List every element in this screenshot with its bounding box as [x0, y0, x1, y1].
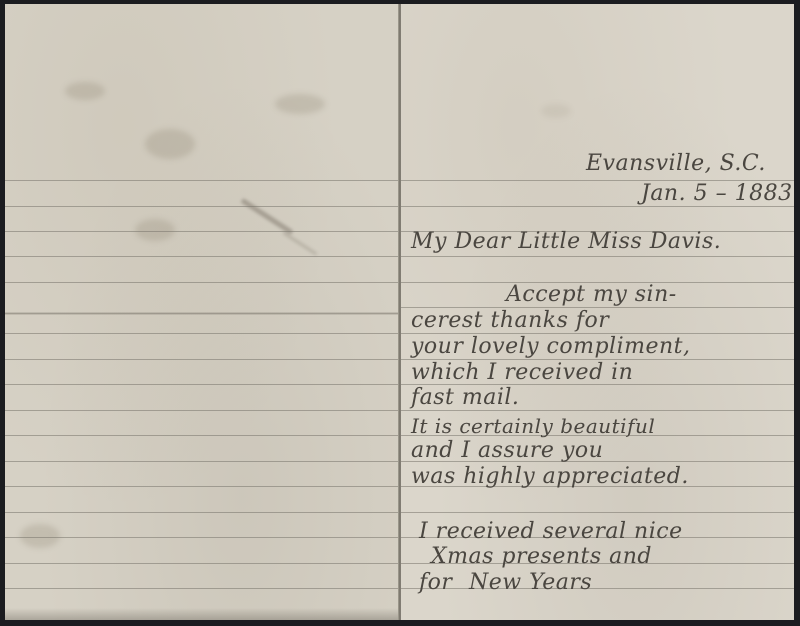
ruled-line	[401, 256, 794, 257]
ruled-line	[5, 461, 400, 462]
stain	[135, 219, 175, 241]
stain-streak	[282, 231, 317, 255]
stain-streak	[240, 198, 293, 235]
letter-line: cerest thanks for	[411, 308, 609, 333]
letter-line: your lovely compliment,	[411, 334, 691, 359]
ruled-line	[5, 486, 400, 487]
stain	[275, 94, 325, 114]
stain	[65, 82, 105, 100]
letter-line: which I received in	[411, 360, 633, 385]
letter-place: Evansville, S.C.	[586, 151, 766, 176]
letter-line: Accept my sin-	[506, 282, 677, 307]
ruled-line	[5, 333, 400, 334]
letter-line: Xmas presents and	[431, 544, 652, 569]
ruled-line	[5, 410, 400, 411]
ruled-line	[5, 231, 400, 232]
stain	[145, 129, 195, 159]
letter-sheet: Evansville, S.C. Jan. 5 – 1883 My Dear L…	[5, 4, 794, 620]
ruled-line	[401, 206, 794, 207]
ruled-line	[5, 384, 400, 385]
ruled-line	[401, 410, 794, 411]
letter-salutation: My Dear Little Miss Davis.	[411, 229, 721, 254]
letter-line-prefix: for	[419, 570, 452, 595]
ruled-line	[5, 359, 400, 360]
ruled-line	[401, 588, 794, 589]
letter-line: and I assure you	[411, 438, 603, 463]
bottom-shadow	[5, 608, 400, 620]
ruled-line	[5, 256, 400, 257]
letter-date: Jan. 5 – 1883	[641, 181, 793, 206]
ruled-line	[401, 512, 794, 513]
horizontal-fold	[5, 312, 400, 315]
letter-line: It is certainly beautiful	[411, 414, 655, 438]
ruled-line	[5, 435, 400, 436]
ruled-line	[5, 537, 400, 538]
ruled-line	[5, 588, 400, 589]
stain	[20, 524, 60, 548]
ruled-line	[5, 282, 400, 283]
letter-line: I received several nice	[419, 519, 683, 544]
ruled-line	[5, 563, 400, 564]
letter-line: New Years	[469, 570, 592, 595]
ruled-line	[5, 180, 400, 181]
ruled-line	[5, 206, 400, 207]
letter-line: was highly appreciated.	[411, 464, 689, 489]
letter-line: fast mail.	[411, 385, 519, 410]
left-page-blank	[5, 4, 400, 620]
ruled-line	[5, 512, 400, 513]
stain	[541, 104, 571, 118]
right-page-letter: Evansville, S.C. Jan. 5 – 1883 My Dear L…	[401, 4, 794, 620]
